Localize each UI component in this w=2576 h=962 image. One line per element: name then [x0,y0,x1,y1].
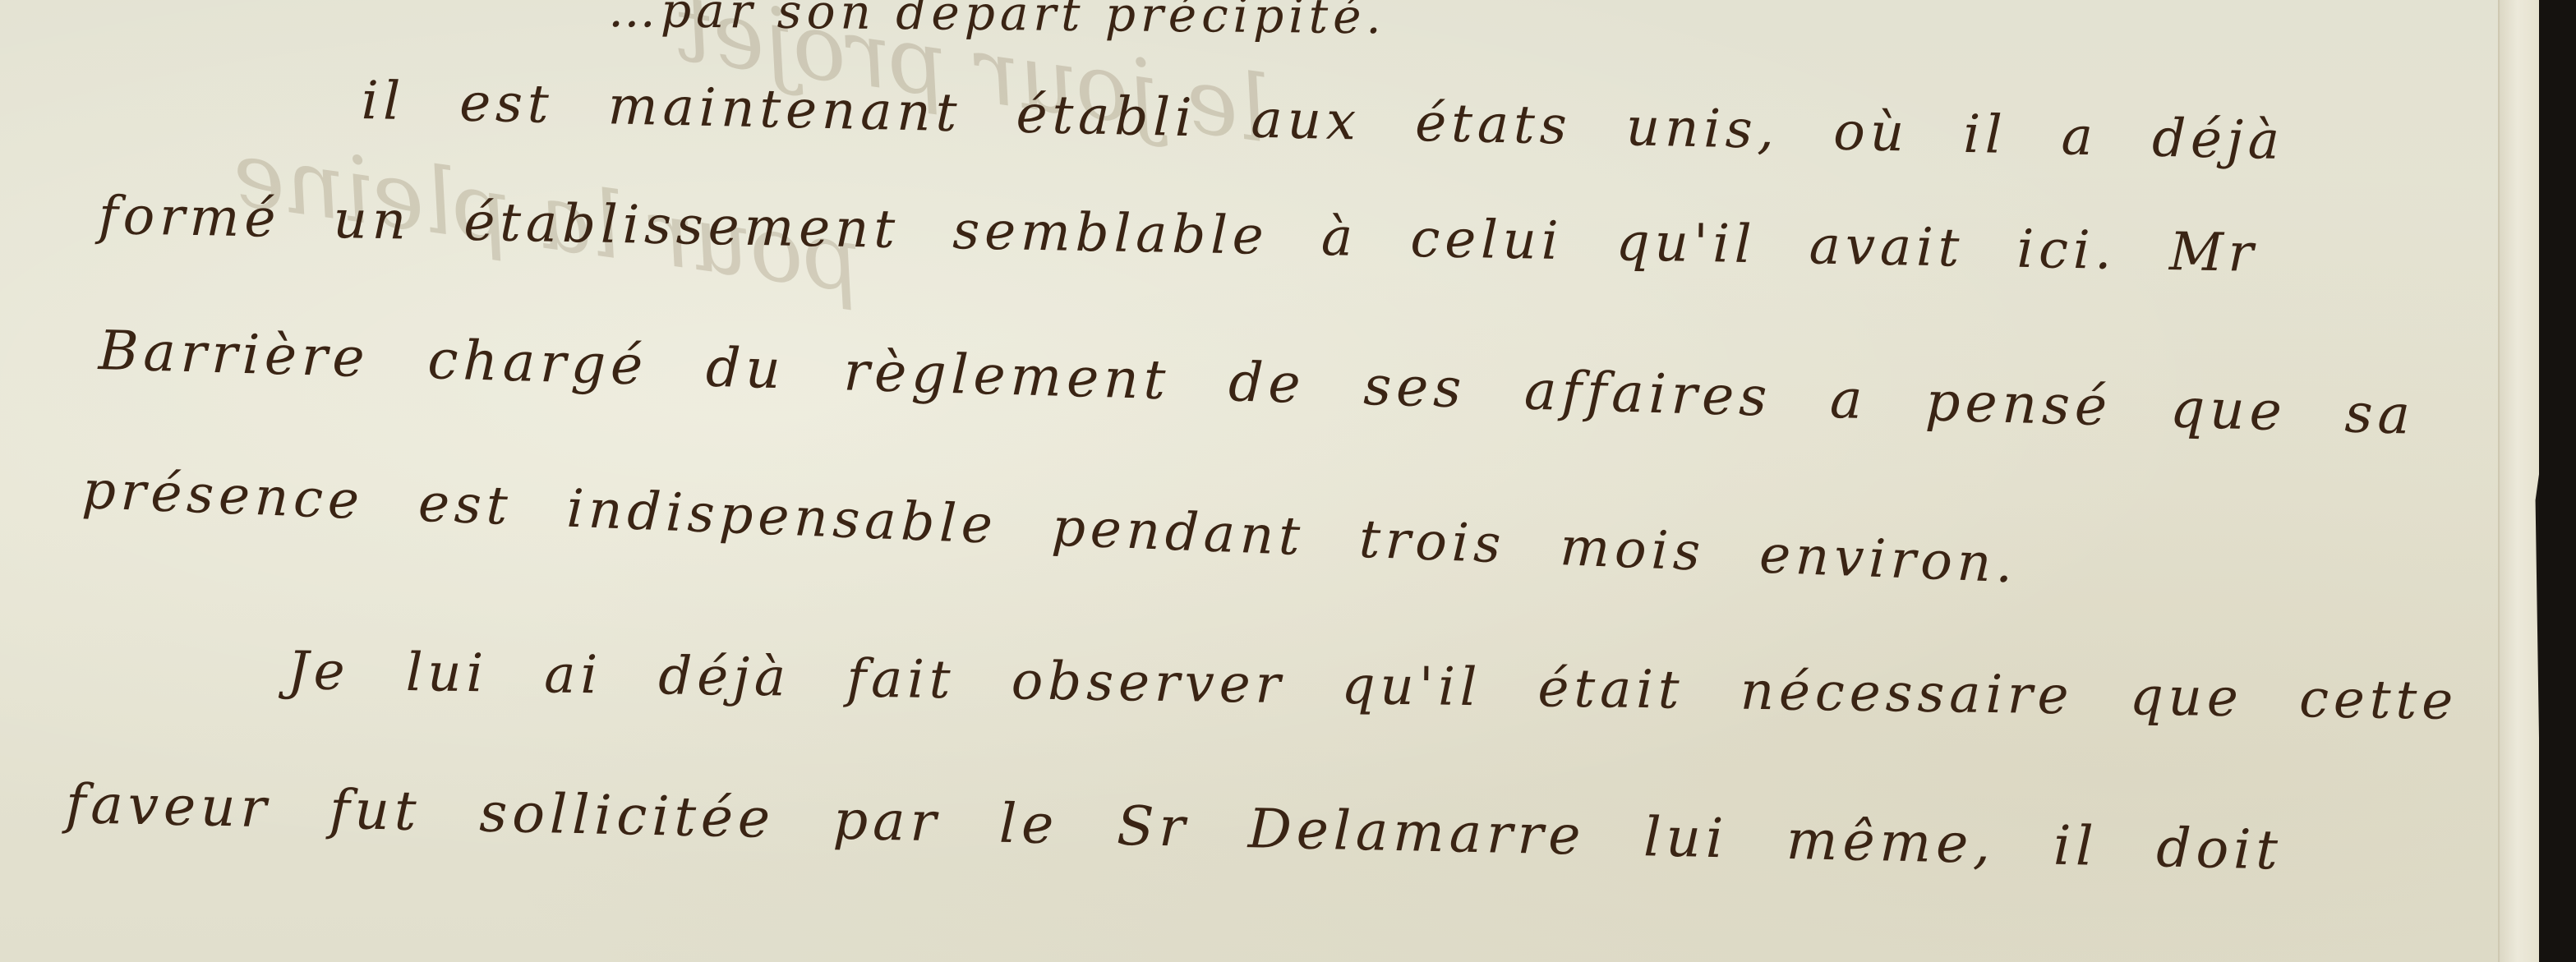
paper-sheet: le jour projet pour la pleine …par son d… [0,0,2514,962]
document-scan: le jour projet pour la pleine …par son d… [0,0,2576,962]
handwritten-line: il est maintenant établi aux états unis,… [361,71,2285,172]
handwritten-line: présence est indispensable pendant trois… [81,460,2019,595]
handwritten-line: Barrière chargé du règlement de ses affa… [98,319,2416,447]
scan-background-edge [2539,0,2576,962]
handwritten-line: Je lui ai déjà fait observer qu'il était… [287,641,2458,732]
handwritten-line: faveur fut sollicitée par le Sr Delamarr… [65,772,2283,881]
handwritten-line: formé un établissement semblable à celui… [98,186,2258,284]
handwritten-line: …par son départ précipité. [608,0,1386,44]
paper-fold-edge [2498,0,2545,962]
